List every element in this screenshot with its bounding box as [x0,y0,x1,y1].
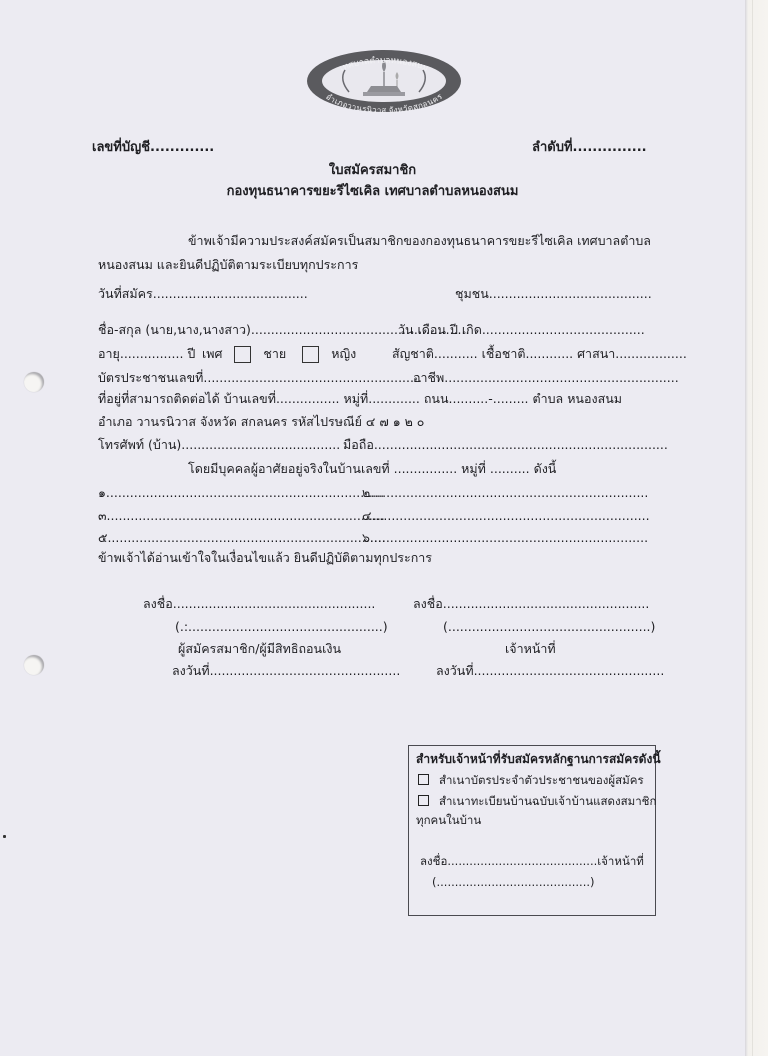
mobile-field[interactable]: มือถือ..................................… [343,437,668,453]
form-subtitle: กองทุนธนาคารขยะรีไซเคิล เทศบาลตำบลหนองสน… [0,184,745,200]
scan-speck [3,835,6,838]
office-box-item-2: สำเนาทะเบียนบ้านฉบับเจ้าบ้านแสดงสมาชิก [418,793,656,809]
occupation-field[interactable]: อาชีพ...................................… [413,370,679,386]
office-box-item-2-cont: ทุกคนในบ้าน [416,812,481,828]
resident-entry-6[interactable]: ๖.......................................… [362,530,648,546]
order-number-field[interactable]: ลำดับที่............... [532,140,647,156]
birth-date-field[interactable]: วัน เดือน ปี เกิด.......................… [398,322,645,338]
officer-signature-field[interactable]: ลงชื่อ..................................… [413,596,649,612]
resident-entry-2[interactable]: ๒.......................................… [362,485,648,501]
account-number-field[interactable]: เลขที่บัญชี............. [92,140,214,156]
applicant-signature-field[interactable]: ลงชื่อ..................................… [143,596,375,612]
page-edge-line [752,0,753,1056]
id-card-field[interactable]: บัตรประชาชนเลขที่.......................… [98,370,422,386]
residents-heading: โดยมีบุคคลผู้อาศัยอยู่จริงในบ้านเลขที่ .… [188,461,556,477]
agreement-statement: ข้าพเจ้าได้อ่านเข้าใจในเงื่อนไขแล้ว ยินด… [98,550,432,566]
applicant-role-label: ผู้สมัครสมาชิก/ผู้มีสิทธิถอนเงิน [178,641,341,657]
punch-hole-bottom [24,655,44,675]
gender-label: เพศ [202,346,222,361]
house-registration-label: สำเนาทะเบียนบ้านฉบับเจ้าบ้านแสดงสมาชิก [439,794,656,808]
applicant-date-field[interactable]: ลงวันที่................................… [172,663,400,679]
gender-male-label: ชาย [263,346,286,361]
office-use-box [408,745,656,916]
id-copy-label: สำเนาบัตรประจำตัวประชาชนของผู้สมัคร [439,773,644,787]
age-field[interactable]: อายุ................ ปี [98,346,195,362]
intro-line-2: หนองสนม และยินดีปฏิบัติตามระเบียบทุกประก… [98,257,358,273]
nationality-race-religion-fields[interactable]: สัญชาติ........... เชื้อชาติ............… [392,346,687,362]
apply-date-field[interactable]: วันที่สมัคร.............................… [98,286,308,302]
phone-home-field[interactable]: โทรศัพท์ (บ้าน).........................… [98,437,340,453]
officer-name-field[interactable]: (.......................................… [443,619,655,635]
resident-entry-4[interactable]: ๔.......................................… [362,508,650,524]
form-title: ใบสมัครสมาชิก [0,163,745,179]
officer-date-field[interactable]: ลงวันที่................................… [436,663,664,679]
applicant-name-field[interactable]: (.:.....................................… [175,619,388,635]
gender-row: เพศ ชาย หญิง [202,346,356,363]
resident-entry-5[interactable]: ๕.......................................… [98,530,386,546]
office-box-item-1: สำเนาบัตรประจำตัวประชาชนของผู้สมัคร [418,772,644,788]
gender-female-checkbox[interactable] [302,346,319,363]
office-box-signature-field[interactable]: ลงชื่อ..................................… [420,853,644,869]
office-box-name-field[interactable]: (.......................................… [432,874,595,890]
gender-male-checkbox[interactable] [234,346,251,363]
address-line-1[interactable]: ที่อยู่ที่สามารถติดต่อได้ บ้านเลขที่....… [98,391,622,407]
resident-entry-1[interactable]: ๑.......................................… [98,485,384,501]
page-edge [745,0,768,1056]
address-line-2: อำเภอ วานรนิวาส จังหวัด สกลนคร รหัสไปรษณ… [98,414,424,430]
house-registration-checkbox[interactable] [418,795,429,806]
office-box-title: สำหรับเจ้าหน้าที่รับสมัครหลักฐานการสมัคร… [416,751,661,767]
resident-entry-3[interactable]: ๓.......................................… [98,508,385,524]
community-field[interactable]: ชุมชน...................................… [455,286,652,302]
id-copy-checkbox[interactable] [418,774,429,785]
municipal-seal-icon: เทศบาลตำบลหนองสนม อำเภอวานรนิวาส จังหวัด… [305,48,463,114]
officer-role-label: เจ้าหน้าที่ [505,641,556,657]
punch-hole-top [24,372,44,392]
intro-line-1: ข้าพเจ้ามีความประสงค์สมัครเป็นสมาชิกของก… [188,233,651,249]
gender-female-label: หญิง [331,346,356,361]
